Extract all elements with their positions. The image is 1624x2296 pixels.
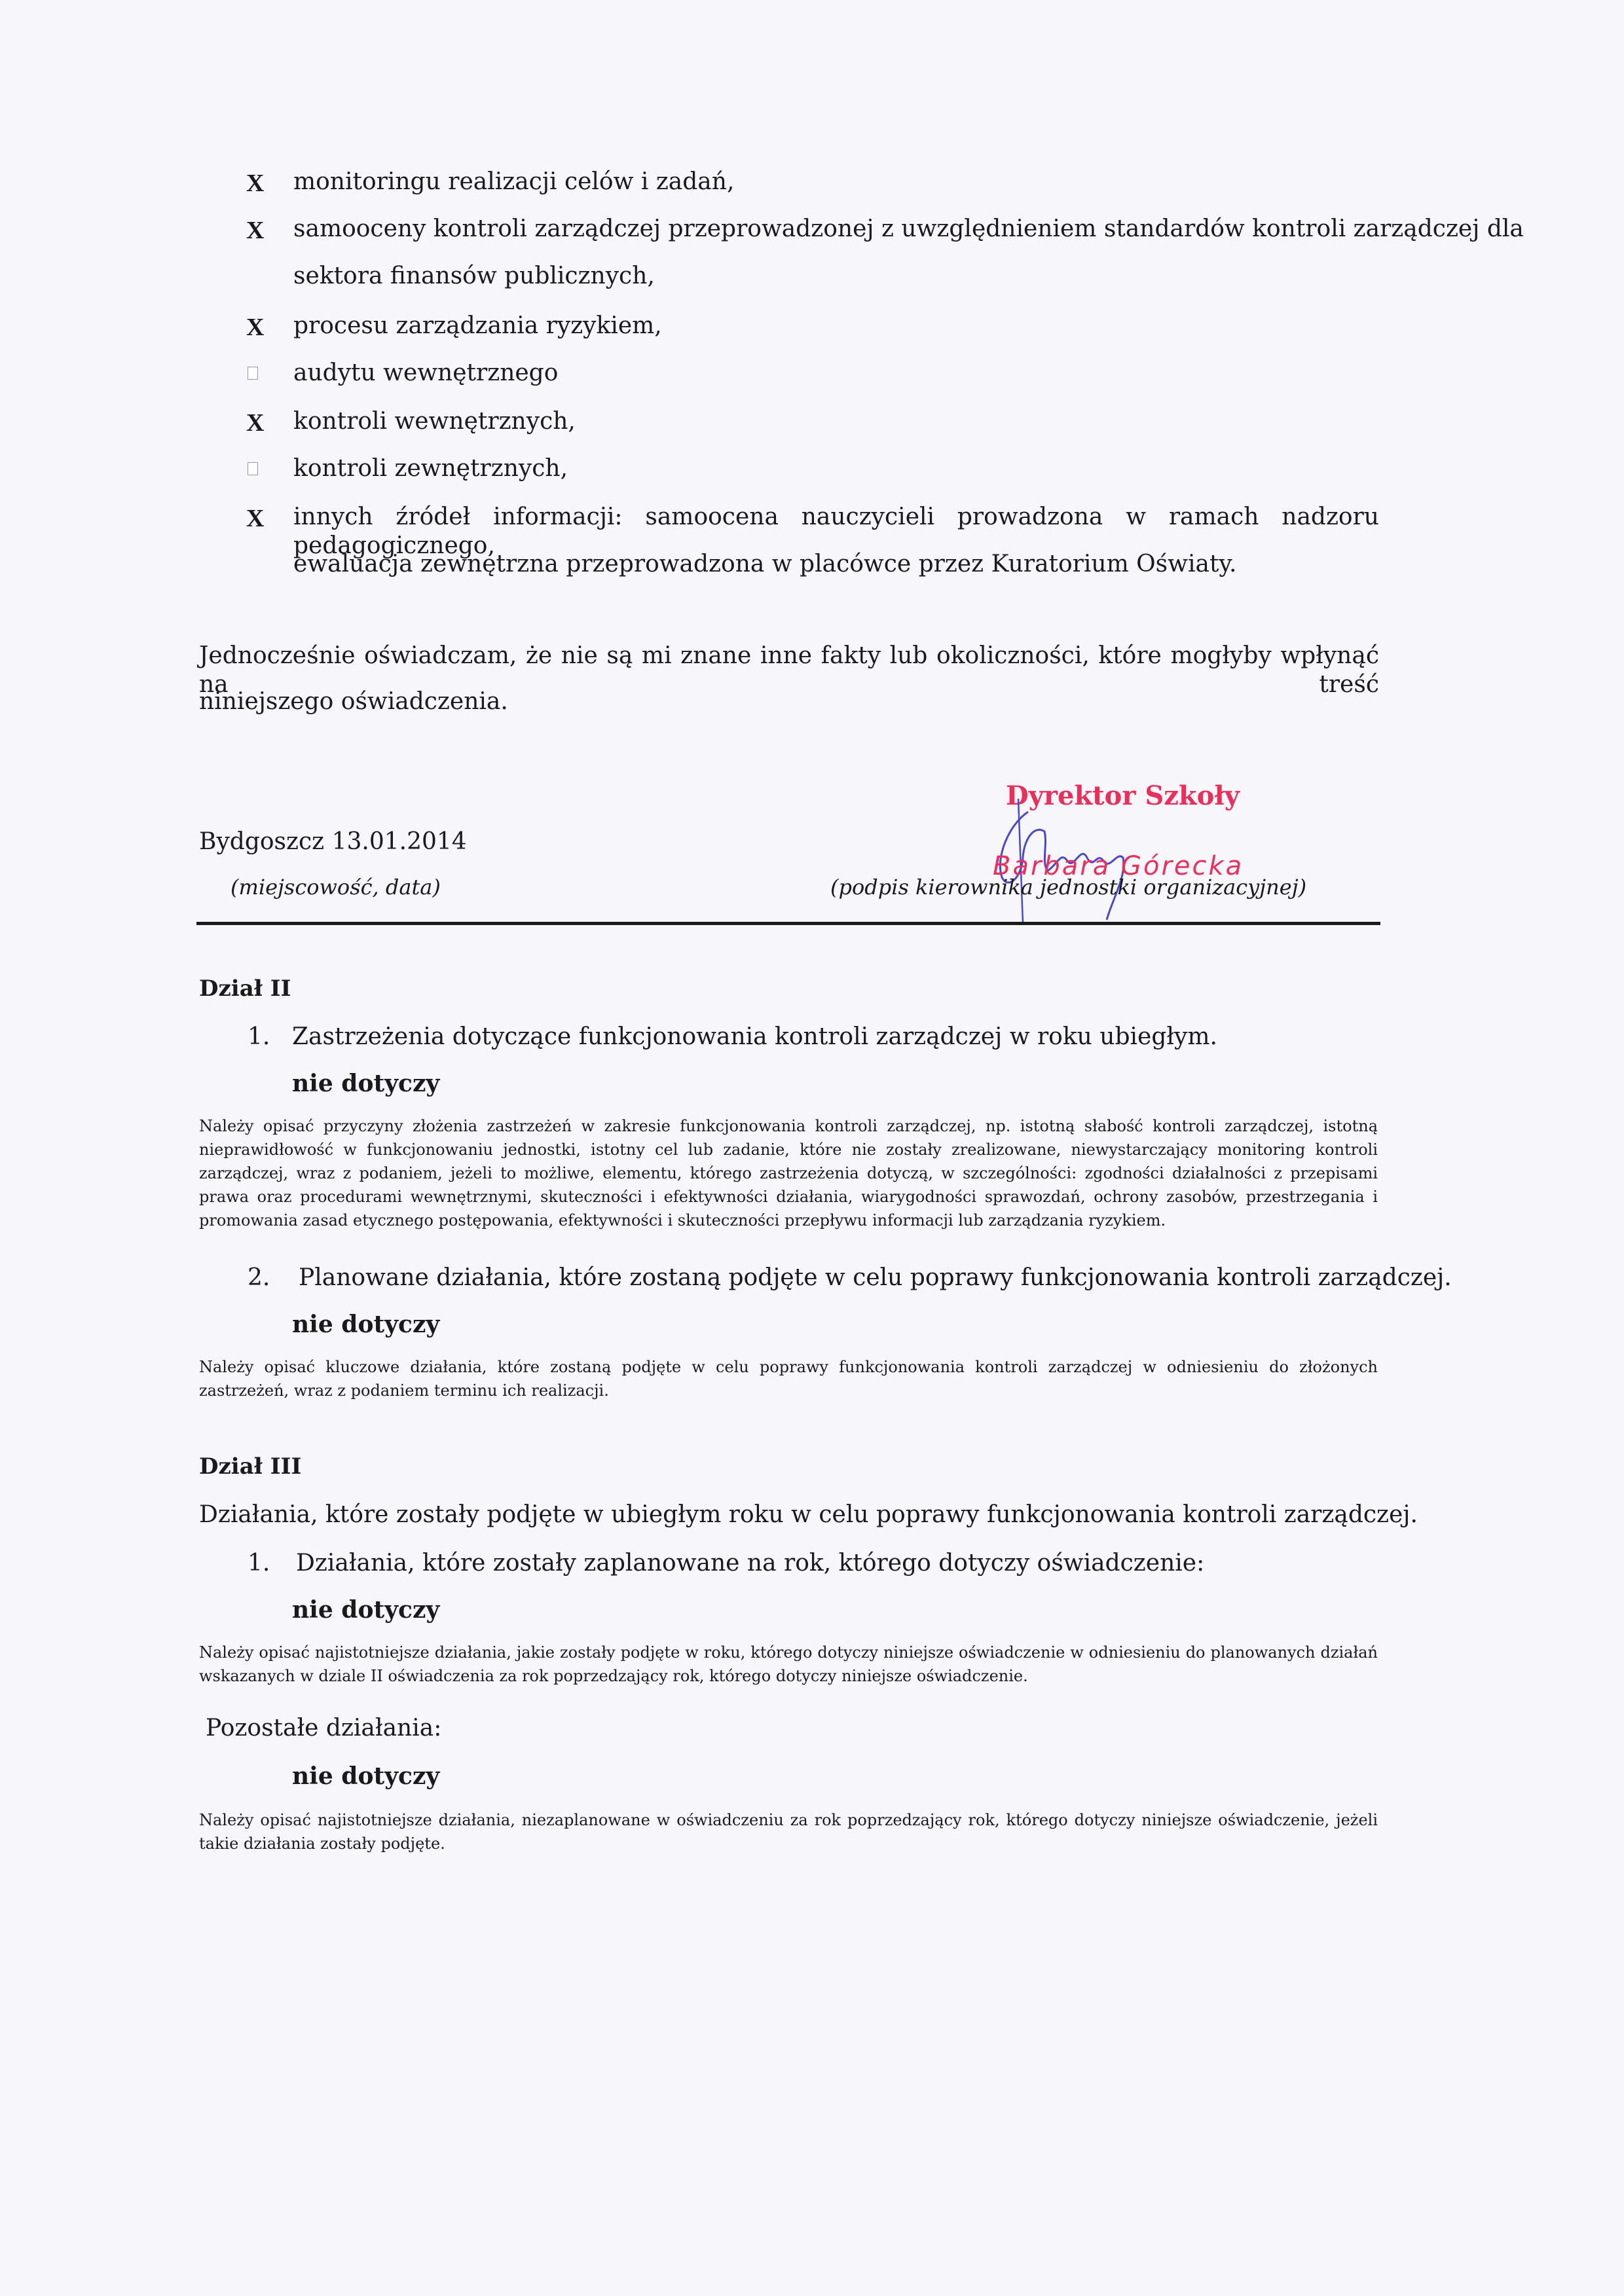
answer-not-applicable: nie dotyczy	[292, 1311, 439, 1338]
place-and-date: Bydgoszcz 13.01.2014	[199, 828, 467, 856]
section-heading: Dział III	[199, 1453, 301, 1480]
checklist-item-label-continued: sektora finansów publicznych,	[293, 262, 655, 291]
instruction-note: Należy opisać najistotniejsze działania,…	[199, 1641, 1378, 1688]
answer-not-applicable: nie dotyczy	[292, 1070, 439, 1097]
checked-mark-icon: X	[246, 313, 264, 342]
section-intro: Działania, które zostały podjęte w ubieg…	[199, 1501, 1418, 1529]
checklist-item-label: kontroli zewnętrznych,	[293, 454, 568, 483]
item-title: Planowane działania, które zostaną podję…	[299, 1264, 1452, 1292]
checked-mark-icon: X	[246, 504, 264, 533]
checklist-item-label: samooceny kontroli zarządczej przeprowad…	[293, 215, 1524, 244]
instruction-note: Należy opisać najistotniejsze działania,…	[199, 1808, 1378, 1855]
section-heading: Dział II	[199, 975, 291, 1002]
checklist-item-label: audytu wewnętrznego	[293, 359, 558, 388]
item-number: 1.	[248, 1023, 270, 1051]
checked-mark-icon: X	[246, 216, 264, 245]
instruction-note: Należy opisać przyczyny złożenia zastrze…	[199, 1114, 1378, 1232]
checklist-item-label: kontroli wewnętrznych,	[293, 407, 576, 436]
instruction-note: Należy opisać kluczowe działania, które …	[199, 1355, 1378, 1402]
other-actions-label: Pozostałe działania:	[206, 1714, 441, 1743]
item-number: 2.	[248, 1264, 270, 1292]
checklist-item-label: procesu zarządzania ryzykiem,	[293, 312, 662, 340]
unchecked-box-icon	[248, 367, 258, 380]
item-title: Działania, które zostały zaplanowane na …	[296, 1549, 1204, 1578]
signature-caption: (podpis kierownika jednostki organizacyj…	[830, 875, 1306, 900]
answer-not-applicable: nie dotyczy	[292, 1596, 439, 1624]
declaration-text-continued: niniejszego oświadczenia.	[199, 687, 508, 716]
section-divider	[196, 922, 1380, 925]
answer-not-applicable: nie dotyczy	[292, 1762, 439, 1790]
checked-mark-icon: X	[246, 409, 264, 437]
checked-mark-icon: X	[246, 169, 264, 198]
item-number: 1.	[248, 1549, 270, 1578]
place-date-caption: (miejscowość, data)	[231, 875, 441, 900]
checklist-item-label-continued: ewaluacja zewnętrzna przeprowadzona w pl…	[293, 550, 1236, 579]
document-page: X monitoringu realizacji celów i zadań, …	[0, 0, 1624, 2296]
unchecked-box-icon	[248, 462, 258, 475]
checklist-item-label: monitoringu realizacji celów i zadań,	[293, 168, 734, 196]
item-title: Zastrzeżenia dotyczące funkcjonowania ko…	[292, 1023, 1217, 1051]
